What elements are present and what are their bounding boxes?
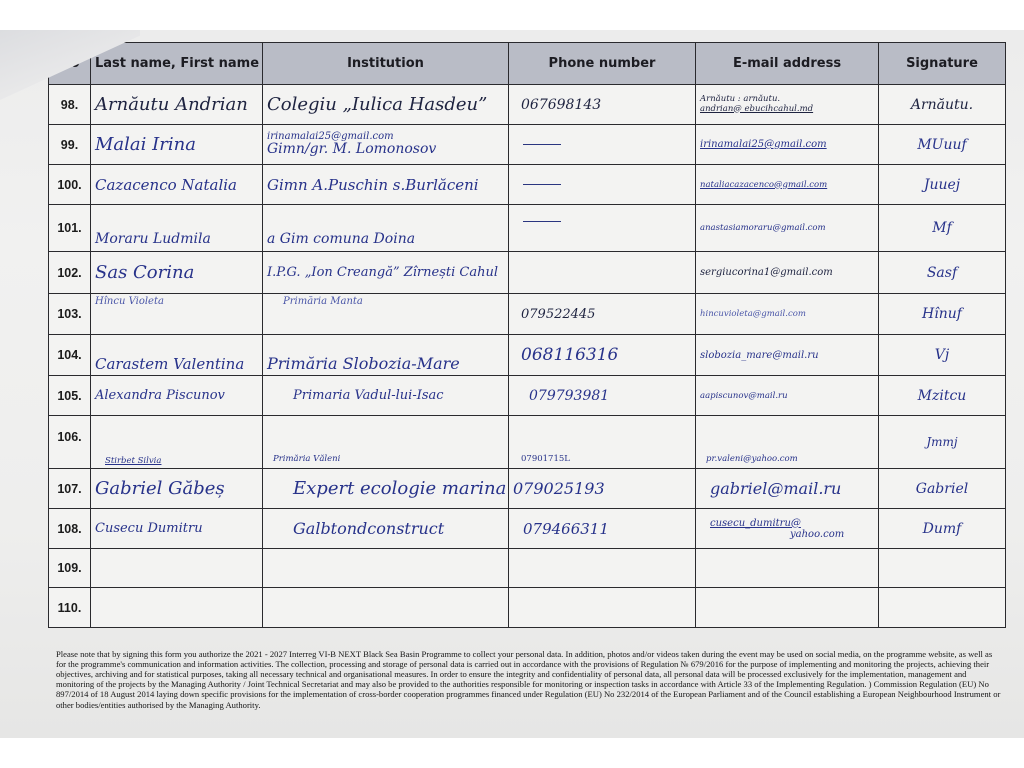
column-header-name: Last name, First name <box>91 43 263 85</box>
empty-dash <box>523 184 561 185</box>
participant-signature: Hînuf <box>879 294 1006 335</box>
email-line-1: cusecu_dumitru@ <box>700 518 874 529</box>
table-row: 101. Moraru Ludmila a Gim comuna Doina a… <box>49 205 1006 252</box>
participant-phone: 079466311 <box>509 509 696 549</box>
participant-institution: a Gim comuna Doina <box>263 205 509 252</box>
row-number: 103. <box>49 294 91 335</box>
row-number: 100. <box>49 165 91 205</box>
data-privacy-notice: Please note that by signing this form yo… <box>56 649 1001 710</box>
institution-name: Gimn/gr. M. Lomonosov <box>267 142 504 157</box>
table-row: 109. <box>49 549 1006 588</box>
participant-signature: Vj <box>879 335 1006 376</box>
participant-name: Alexandra Piscunov <box>91 376 263 416</box>
participant-name: Cazacenco Natalia <box>91 165 263 205</box>
participant-institution: Colegiu „Iulica Hasdeu” <box>263 85 509 125</box>
participant-phone[interactable] <box>509 588 696 628</box>
row-number: 107. <box>49 469 91 509</box>
participant-phone[interactable] <box>509 549 696 588</box>
participant-phone: 079522445 <box>509 294 696 335</box>
column-header-phone: Phone number <box>509 43 696 85</box>
participant-institution: Galbtondconstruct <box>263 509 509 549</box>
row-number: 104. <box>49 335 91 376</box>
participant-phone <box>509 205 696 252</box>
table-row: 106. Stirbet Silvia Primăria Văleni 0790… <box>49 416 1006 469</box>
row-number: 106. <box>49 416 91 469</box>
table-header-row: No Last name, First name Institution Pho… <box>49 43 1006 85</box>
empty-dash <box>523 221 561 222</box>
participant-signature: MUuuf <box>879 125 1006 165</box>
participant-email: sergiucorina1@gmail.com <box>696 252 879 294</box>
empty-dash <box>523 144 561 145</box>
participant-signature: Mzitcu <box>879 376 1006 416</box>
participant-name: Carastem Valentina <box>91 335 263 376</box>
table-row: 104. Carastem Valentina Primăria Slobozi… <box>49 335 1006 376</box>
participant-signature: Juuej <box>879 165 1006 205</box>
participant-signature[interactable] <box>879 549 1006 588</box>
attendance-table: No Last name, First name Institution Pho… <box>48 42 1006 628</box>
row-number: 109. <box>49 549 91 588</box>
participant-institution: Primăria Văleni <box>263 416 509 469</box>
row-number: 108. <box>49 509 91 549</box>
participant-email: cusecu_dumitru@ yahoo.com <box>696 509 879 549</box>
participant-email: Arnăutu : arnăutu. andrian@ ebucihcahul.… <box>696 85 879 125</box>
table-row: 108. Cusecu Dumitru Galbtondconstruct 07… <box>49 509 1006 549</box>
participant-phone <box>509 125 696 165</box>
email-line-2: yahoo.com <box>700 529 874 540</box>
participant-phone <box>509 252 696 294</box>
participant-phone: 068116316 <box>509 335 696 376</box>
participant-institution: Primăria Manta <box>263 294 509 335</box>
participant-signature: Jmmj <box>879 416 1006 469</box>
participant-name: Stirbet Silvia <box>91 416 263 469</box>
participant-name: Sas Corina <box>91 252 263 294</box>
participant-signature: Gabriel <box>879 469 1006 509</box>
participant-email: nataliacazacenco@gmail.com <box>696 165 879 205</box>
column-header-institution: Institution <box>263 43 509 85</box>
table-row: 100. Cazacenco Natalia Gimn A.Puschin s.… <box>49 165 1006 205</box>
participant-phone: 067698143 <box>509 85 696 125</box>
participant-phone: 079025193 <box>509 469 696 509</box>
participant-institution: Gimn A.Puschin s.Burlăceni <box>263 165 509 205</box>
table-row: 110. <box>49 588 1006 628</box>
participant-name: Arnăutu Andrian <box>91 85 263 125</box>
participant-phone: 07901715L <box>509 416 696 469</box>
table-row: 99. Malai Irina irinamalai25@gmail.com G… <box>49 125 1006 165</box>
participant-signature: Mf <box>879 205 1006 252</box>
table-row: 98. Arnăutu Andrian Colegiu „Iulica Hasd… <box>49 85 1006 125</box>
participant-email: slobozia_mare@mail.ru <box>696 335 879 376</box>
table-row: 105. Alexandra Piscunov Primaria Vadul-l… <box>49 376 1006 416</box>
participant-institution: irinamalai25@gmail.com Gimn/gr. M. Lomon… <box>263 125 509 165</box>
participant-phone <box>509 165 696 205</box>
participant-phone: 079793981 <box>509 376 696 416</box>
column-header-email: E-mail address <box>696 43 879 85</box>
participant-signature: Arnăutu. <box>879 85 1006 125</box>
row-number: 102. <box>49 252 91 294</box>
table-row: 103. Hîncu Violeta Primăria Manta 079522… <box>49 294 1006 335</box>
participant-institution: I.P.G. „Ion Creangă” Zîrnești Cahul <box>263 252 509 294</box>
row-number: 101. <box>49 205 91 252</box>
participant-signature: Sasf <box>879 252 1006 294</box>
row-number: 99. <box>49 125 91 165</box>
participant-name: Cusecu Dumitru <box>91 509 263 549</box>
participant-signature[interactable] <box>879 588 1006 628</box>
participant-name: Hîncu Violeta <box>91 294 263 335</box>
row-number: 98. <box>49 85 91 125</box>
participant-name[interactable] <box>91 549 263 588</box>
participant-email[interactable] <box>696 549 879 588</box>
table-row: 102. Sas Corina I.P.G. „Ion Creangă” Zîr… <box>49 252 1006 294</box>
participant-signature: Dumf <box>879 509 1006 549</box>
column-header-signature: Signature <box>879 43 1006 85</box>
participant-institution: Primaria Vadul-lui-Isac <box>263 376 509 416</box>
participant-email: irinamalai25@gmail.com <box>696 125 879 165</box>
email-line-2: andrian@ ebucihcahul.md <box>700 105 874 114</box>
participant-institution: Primăria Slobozia-Mare <box>263 335 509 376</box>
participant-email: aapiscunov@mail.ru <box>696 376 879 416</box>
row-number: 105. <box>49 376 91 416</box>
participant-email: anastasiamoraru@gmail.com <box>696 205 879 252</box>
participant-name: Malai Irina <box>91 125 263 165</box>
participant-email: pr.valeni@yahoo.com <box>696 416 879 469</box>
participant-institution[interactable] <box>263 588 509 628</box>
row-number: 110. <box>49 588 91 628</box>
participant-email: gabriel@mail.ru <box>696 469 879 509</box>
participant-institution: Expert ecologie marina <box>263 469 509 509</box>
participant-email: hincuvioleta@gmail.com <box>696 294 879 335</box>
participant-name[interactable] <box>91 588 263 628</box>
participant-name: Gabriel Găbeș <box>91 469 263 509</box>
participant-institution[interactable] <box>263 549 509 588</box>
participant-email[interactable] <box>696 588 879 628</box>
table-row: 107. Gabriel Găbeș Expert ecologie marin… <box>49 469 1006 509</box>
participant-name: Moraru Ludmila <box>91 205 263 252</box>
